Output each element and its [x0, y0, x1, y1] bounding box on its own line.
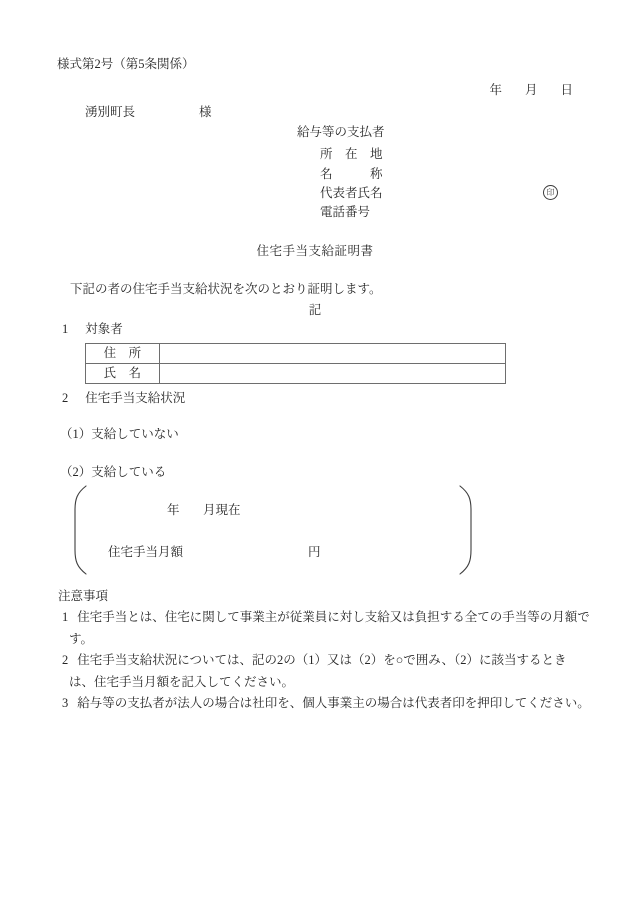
note-text: 住宅手当支給状況については、記の2の（1）又は（2）を○で囲み、（2）に該当する… — [69, 653, 567, 688]
address-label-cell: 住 所 — [86, 344, 160, 364]
document-title: 住宅手当支給証明書 — [0, 245, 630, 258]
paren-right-icon — [456, 484, 478, 576]
seal-mark-icon: 印 — [543, 185, 558, 200]
name-label-cell: 氏 名 — [86, 364, 160, 384]
notes-heading: 注意事項 — [58, 586, 591, 607]
certification-statement: 下記の者の住宅手当支給状況を次のとおり証明します。 — [70, 283, 382, 296]
note-item-3: 3給与等の支払者が法人の場合は社印を、個人事業主の場合は代表者印を押印してくださ… — [62, 693, 591, 714]
subject-table: 住 所 氏 名 — [85, 343, 506, 384]
addressee-honorific: 様 — [199, 105, 212, 119]
option-paid: （2）支給している — [60, 466, 166, 479]
day-label: 日 — [560, 84, 573, 97]
payer-name-label: 名 称 — [320, 168, 383, 181]
month-label: 月 — [525, 84, 538, 97]
note-item-2: 2住宅手当支給状況については、記の2の（1）又は（2）を○で囲み、（2）に該当す… — [62, 650, 591, 693]
monthly-amount-label: 住宅手当月額 — [108, 546, 183, 559]
table-row-name: 氏 名 — [86, 364, 506, 384]
option-not-paid: （1）支給していない — [60, 428, 179, 441]
addressee: 湧別町長様 — [85, 106, 212, 119]
note-text: 給与等の支払者が法人の場合は社印を、個人事業主の場合は代表者印を押印してください… — [77, 696, 590, 710]
asof-month-label: 月現在 — [203, 504, 241, 517]
note-text: 住宅手当とは、住宅に関して事業主が従業員に対し支給又は負担する全ての手当等の月額… — [69, 610, 590, 645]
section-subject-number: 1 — [62, 323, 68, 336]
document-page: 様式第2号（第5条関係） 年 月 日 湧別町長様 給与等の支払者 所 在 地 名… — [0, 0, 630, 903]
address-value-cell — [159, 344, 505, 364]
addressee-name: 湧別町長 — [85, 105, 135, 119]
asof-year-label: 年 — [167, 504, 180, 517]
payer-heading: 給与等の支払者 — [297, 126, 385, 139]
record-marker: 記 — [0, 304, 630, 317]
section-status-label: 住宅手当支給状況 — [85, 391, 185, 405]
notes-section: 注意事項 1住宅手当とは、住宅に関して事業主が従業員に対し支給又は負担する全ての… — [57, 586, 591, 714]
table-row-address: 住 所 — [86, 344, 506, 364]
payer-representative-label: 代表者氏名 — [320, 187, 383, 200]
note-item-1: 1住宅手当とは、住宅に関して事業主が従業員に対し支給又は負担する全ての手当等の月… — [62, 607, 591, 650]
form-number: 様式第2号（第5条関係） — [57, 58, 195, 71]
paren-left-icon — [68, 484, 90, 576]
section-status-number: 2 — [62, 392, 68, 405]
monthly-amount-unit: 円 — [308, 546, 321, 559]
section-subject-heading: 1対象者 — [62, 323, 123, 336]
section-subject-label: 対象者 — [85, 322, 123, 336]
section-status-heading: 2住宅手当支給状況 — [62, 392, 185, 405]
issue-date: 年 月 日 — [489, 84, 573, 97]
name-value-cell — [159, 364, 505, 384]
note-number: 2 — [62, 653, 68, 667]
year-label: 年 — [489, 84, 502, 97]
payer-address-label: 所 在 地 — [320, 148, 383, 161]
note-number: 3 — [62, 696, 68, 710]
note-number: 1 — [62, 610, 68, 624]
payer-phone-label: 電話番号 — [320, 206, 370, 219]
